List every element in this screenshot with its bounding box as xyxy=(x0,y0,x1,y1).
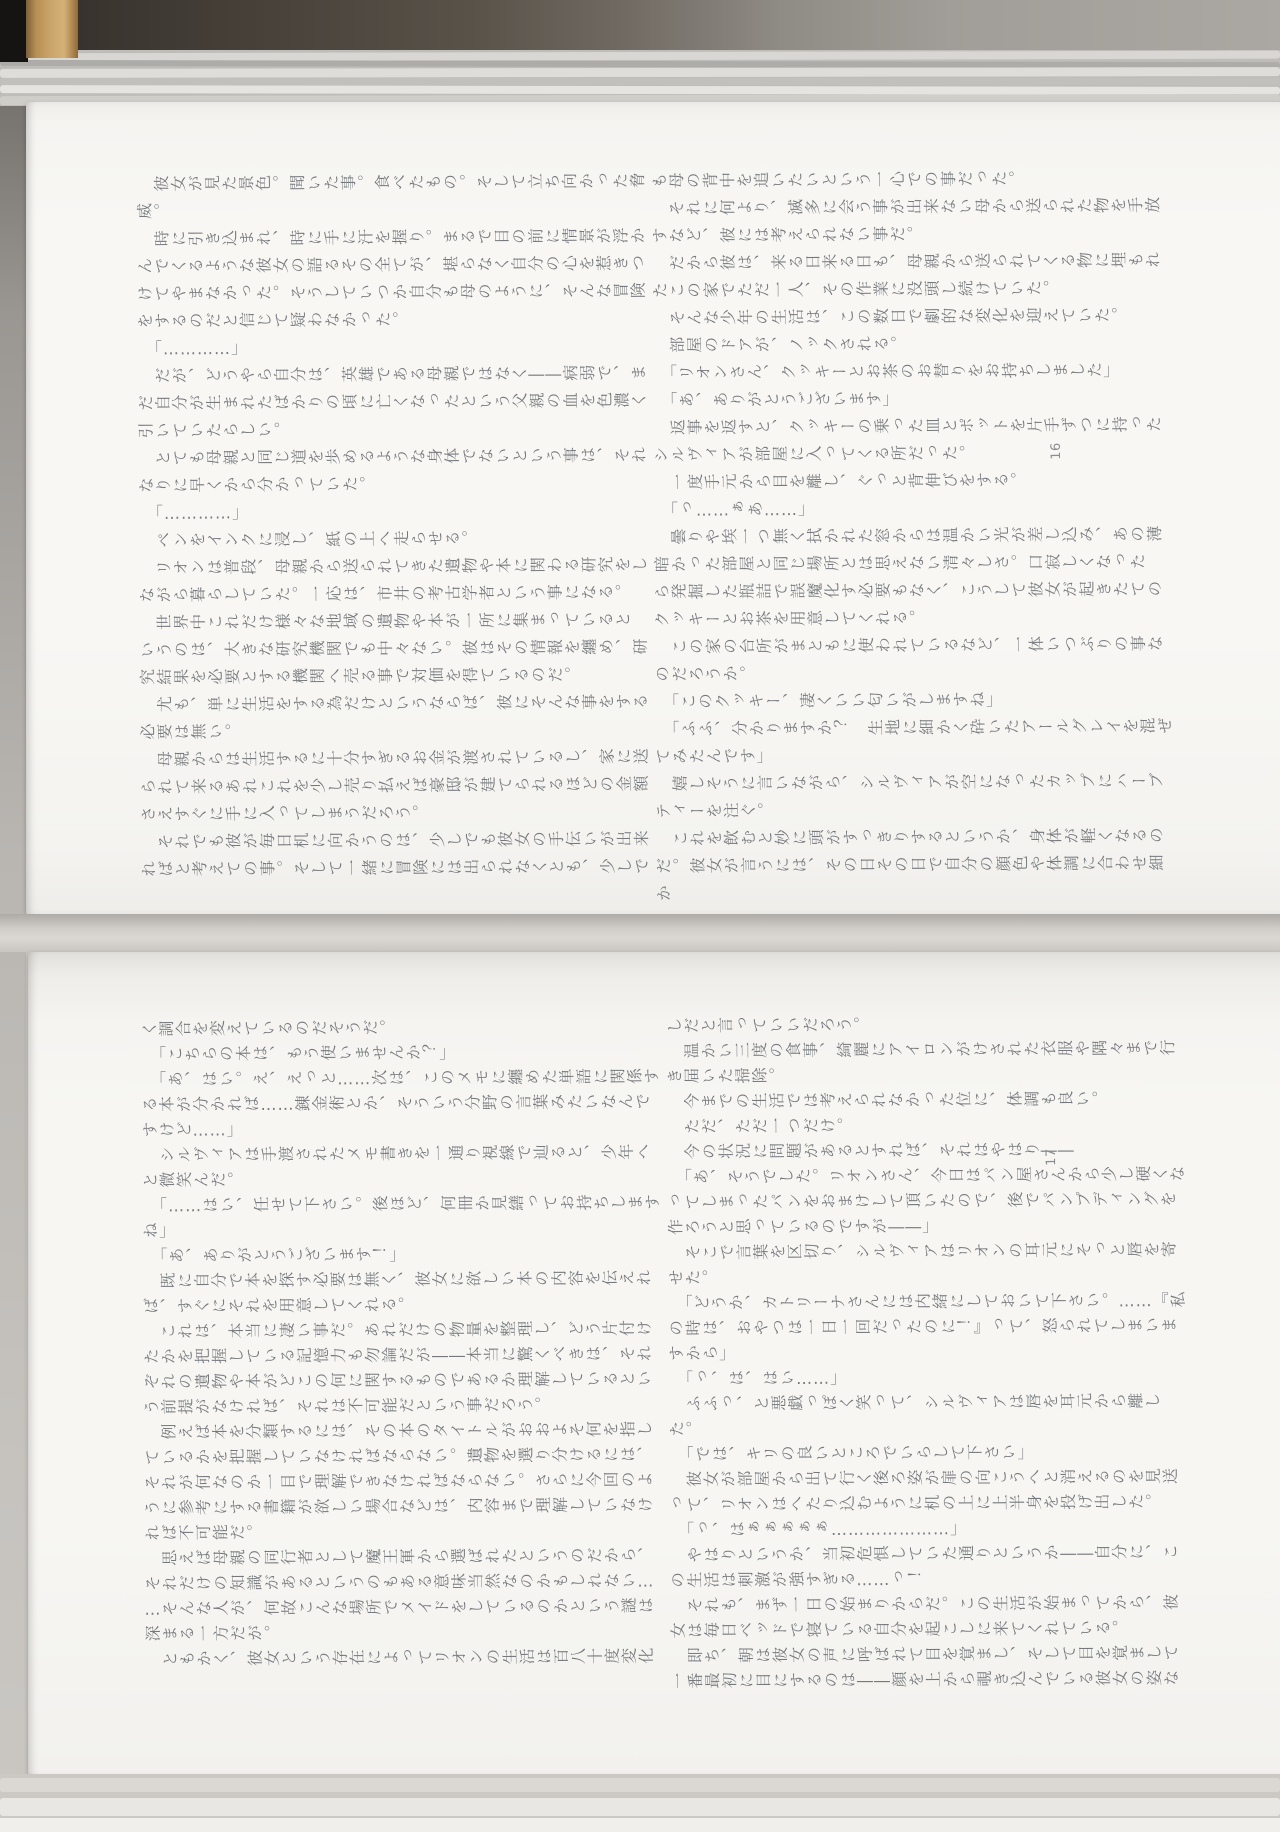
text-line: ら発掘した瓶詰で誤魔化す必要もなく、こうして彼女が起きたての xyxy=(653,576,1173,607)
text-line: これを飲むと妙に頭がすっきりするというか、身体が軽くなるの xyxy=(655,823,1175,854)
page-16-upper-text-block: 彼女が見た景色。聞いた事。食べたもの。そして立ち向かった脅威。 時に引き込まれ、… xyxy=(136,168,660,885)
text-line: ながら暮らしていた。一応は、市井の考古学者という事になる。 xyxy=(138,579,658,610)
text-line: 「どうか、カトリーナさんには内緒にしておいて下さい。……『私 xyxy=(668,1288,1188,1316)
text-line: ともかく、彼女という存在によってリオンの生活は百八十度変化 xyxy=(145,1644,665,1672)
text-line: 女は毎日ベッドで寝ている自分を起こしに来てくれている。 xyxy=(670,1616,1190,1644)
text-line: 返事を返すと、クッキーの乗った皿とポットを片手ずつに持った xyxy=(652,411,1172,442)
page-gap-shadow xyxy=(0,914,1280,952)
text-line: ているかを把握していなければならない。遺物を選り分けるには、 xyxy=(143,1442,663,1470)
text-line: 「あ、そうでした。リオンさん、今日はパン屋さんから少し硬くな xyxy=(667,1162,1187,1190)
text-line: と微笑んだ。 xyxy=(142,1165,662,1193)
text-line: だ自分が生まれたばかりの頃に亡くなったという父親の血を色濃く xyxy=(137,387,657,418)
text-line: 「こちらの本は、もう使いませんか？」 xyxy=(141,1039,661,1067)
text-line: る本が分かれば……錬金術とか、そういう分野の言葉みたいなんで xyxy=(141,1090,661,1118)
text-line: ふふっ、と悪戯っぽく笑って、シルヴィアは唇を耳元から離した。 xyxy=(668,1389,1188,1443)
text-line: クッキーとお茶を用意してくれる。 xyxy=(654,603,1174,634)
text-line: 「では、キリの良いところでいらして下さい」 xyxy=(668,1439,1188,1467)
text-line: をするのだと信じて疑わなかった。 xyxy=(137,305,657,336)
text-line: だが、どうやら自分は、英雄である母親ではなく――病弱で、ま xyxy=(137,360,657,391)
page-edge-leaves xyxy=(0,50,1280,106)
page-edge-leaf xyxy=(0,78,1280,85)
text-line: 彼女が見た景色。聞いた事。食べたもの。そして立ち向かった脅 xyxy=(136,168,656,199)
text-line: うに参考にする書籍が欲しい場合などは、内容まで理解していなけ xyxy=(144,1493,664,1521)
book-scan: 彼女が見た景色。聞いた事。食べたもの。そして立ち向かった脅威。 時に引き込まれ、… xyxy=(0,0,1280,1832)
text-line: 「あ、はい。え、えっと……次は、このメモに纏めた単語に関係す xyxy=(141,1064,661,1092)
text-line: 威。 xyxy=(136,195,656,226)
text-line: の生活は刺激が強すぎる……っ！ xyxy=(669,1565,1189,1593)
text-line: それが何なのか一目で理解できなければならない。さらに今回のよ xyxy=(144,1468,664,1496)
text-line: だ。彼女が言うには、その日その日で自分の顔色や体調に合わせ細か xyxy=(655,850,1175,908)
page-16-lower-text-block: も母の背中を追いたいという一心での事だった。 それに何より、滅多に会う事が出来な… xyxy=(651,165,1175,882)
text-line: ペンをインクに浸し、紙の上へ走らせる。 xyxy=(138,524,658,555)
text-line: …そんな人が、何故こんな場所でメイドをしているのかという謎は xyxy=(144,1594,664,1622)
page-number-16: 16 xyxy=(1049,442,1064,460)
page-17-content: く調合を変えているのだそうだ。 「こちらの本は、もう使いませんか？」 「あ、はい… xyxy=(26,948,1280,1778)
text-line: れば不可能だ。 xyxy=(144,1518,664,1546)
text-line: 例えば本を分類するには、その本のタイトルがおおよそ何を指し xyxy=(143,1417,663,1445)
text-line: 即ち、朝は彼女の声に呼ばれて目を覚まし、そして目を覚まして xyxy=(670,1641,1190,1669)
text-line: それでも彼が毎日机に向かうのは、少しでも彼女の手伝いが出来 xyxy=(140,826,660,857)
page-edge-leaf xyxy=(0,67,1280,78)
text-line: 「っ、はぁぁぁぁぁ…………………」 xyxy=(669,1515,1189,1543)
text-line: なりに早くから分かっていた。 xyxy=(138,469,658,500)
page-17-upper-text-block: く調合を変えているのだそうだ。 「こちらの本は、もう使いませんか？」 「あ、はい… xyxy=(141,1014,665,1673)
text-line: それも、まず一日の始まりからだ。この生活が始まってから、彼 xyxy=(669,1590,1189,1618)
book-page-16: 彼女が見た景色。聞いた事。食べたもの。そして立ち向かった脅威。 時に引き込まれ、… xyxy=(26,102,1280,914)
text-line: 「ふふ、分かりますか？ 生地に細かく砕いたアールグレイを混ぜ xyxy=(654,713,1174,744)
text-line: く調合を変えているのだそうだ。 xyxy=(141,1014,661,1042)
page-edge-leaf xyxy=(0,1778,1280,1792)
text-line: ぞれの遺物や本がどこの何に関するものであるか理解しているとい xyxy=(143,1367,663,1395)
text-line: とても母親と同じ道を歩めるような身体でないという事は、それ xyxy=(138,442,658,473)
page-number-17: 17 xyxy=(1044,1148,1059,1166)
text-line: しだと言っていいだろう。 xyxy=(666,1011,1186,1039)
text-line: 作ろうと思っているのですが――」 xyxy=(667,1212,1187,1240)
text-line: ればと考えての事。そして一緒に冒険には出られなくとも、少しで xyxy=(140,853,660,884)
text-line: せた。 xyxy=(667,1263,1187,1291)
text-line: のだろうか。 xyxy=(654,658,1174,689)
text-line: の時は、おやつは一日一回だったのに！』って、怒られてしまいま xyxy=(668,1313,1188,1341)
text-line: 究結果を必要とする機関へ売る事で対価を得ているのだ。 xyxy=(139,661,659,692)
text-line: 今の状況に問題があるとすれば、それはやはり―― xyxy=(667,1137,1187,1165)
text-line: 「っ、は、はい……」 xyxy=(668,1364,1188,1392)
page-edge-leaf xyxy=(0,1818,1280,1832)
text-line: これは、本当に凄い事だ。あれだけの物量を整理し、どう片付け xyxy=(143,1316,663,1344)
text-line: 既に自分で本を探す必要は無く、彼女に欲しい本の内容を伝えれ xyxy=(142,1266,662,1294)
text-line: 彼女が部屋から出て行く後ろ姿が扉の向こうへと消えるのを見送 xyxy=(669,1464,1189,1492)
text-line: ってしまったパンをおまけして頂いたので、後でパンプディングを xyxy=(667,1187,1187,1215)
text-line: き届いた掃除。 xyxy=(666,1061,1186,1089)
text-line: 思えば母親の同行者として魔王軍から選ばれたというのだから、 xyxy=(144,1543,664,1571)
scan-corner-dark xyxy=(0,0,28,62)
text-line: 曇りや埃一つ無く拭かれた窓からは温かい光が差し込み、あの薄 xyxy=(653,521,1173,552)
book-page-17: く調合を変えているのだそうだ。 「こちらの本は、もう使いませんか？」 「あ、はい… xyxy=(28,952,1280,1774)
text-line: 一番最初に目にするのは――顔を上から覗き込んでいる彼女の姿な xyxy=(670,1666,1190,1694)
text-line: 尤も、単に生活をする為だけというならば、彼にそんな事をする xyxy=(139,689,659,720)
text-line: 「リオンさん、クッキーとお茶のお替りをお持ちしました」 xyxy=(652,357,1172,388)
text-line: ば、すぐにそれを用意してくれる。 xyxy=(143,1291,663,1319)
book-top-edge-dark xyxy=(0,0,1280,54)
text-line: それに何より、滅多に会う事が出来ない母から送られた物を手放 xyxy=(651,192,1171,223)
text-line: 暗かった部屋と同じ場所とは思えない清々しさ。口寂しくなった xyxy=(653,549,1173,580)
book-cover-edge xyxy=(26,0,78,58)
text-line: いうのは、大きな研究機関でも中々ない。彼はその情報を纏め、研 xyxy=(139,634,659,665)
text-line: 温かい三度の食事、綺麗にアイロンがけされた衣服や隅々まで行 xyxy=(666,1036,1186,1064)
text-line: すなど、彼には考えられない事だ。 xyxy=(651,220,1171,251)
text-line: 深まる一方だが。 xyxy=(145,1619,665,1647)
text-line: 母親からは生活するに十分すぎるお金が渡されているし、家に送 xyxy=(139,743,659,774)
text-line: そんな少年の生活は、この数日で劇的な変化を迎えていた。 xyxy=(652,302,1172,333)
text-line: てみたんです」 xyxy=(654,740,1174,771)
text-line: 「あ、ありがとうございます！」 xyxy=(142,1241,662,1269)
text-line: 「…………」 xyxy=(138,497,658,528)
text-line: って、リオンはへたり込むように机の上に上半身を投げ出した。 xyxy=(669,1490,1189,1518)
text-line: 世界中これだけ様々な地域の遺物や本が一所に集まっていると xyxy=(139,606,659,637)
text-line: も母の背中を追いたいという一心での事だった。 xyxy=(651,165,1171,196)
text-line: リオンは普段、母親から送られてきた遺物や本に関わる研究をし xyxy=(138,552,658,583)
text-line: ね」 xyxy=(142,1216,662,1244)
text-line: 一度手元から目を離し、ぐっと背伸びをする。 xyxy=(653,466,1173,497)
text-line: だから彼は、来る日来る日も、母親から送られてくる物に埋もれ xyxy=(651,247,1171,278)
text-line: それだけの知識があるというのもある意味当然なのかもしれない… xyxy=(144,1568,664,1596)
text-line: ティーを注ぐ。 xyxy=(655,795,1175,826)
text-line: たこの家でただ一人、その作業に没頭し続けていた。 xyxy=(652,274,1172,305)
text-line: けてやまなかった。そうしていつか自分も母のように、そんな冒険 xyxy=(137,278,657,309)
text-line: 時に引き込まれ、時に手に汗を握り。まるで目の前に情景が浮か xyxy=(136,223,656,254)
text-line: 「……はい、任せて下さい。後ほど、何冊か見繕ってお持ちします xyxy=(142,1190,662,1218)
text-line: 「っ……ぁあ……」 xyxy=(653,494,1173,525)
text-line: 「あ、ありがとうございます」 xyxy=(652,384,1172,415)
page-17-lower-text-block: しだと言っていいだろう。 温かい三度の食事、綺麗にアイロンがけされた衣服や隅々ま… xyxy=(666,1011,1190,1670)
text-line: すけど……」 xyxy=(141,1115,661,1143)
text-line: さえすぐに手に入ってしまうだろう。 xyxy=(140,798,660,829)
text-line: この家の台所がまともに使われているなど、一体いつぶりの事な xyxy=(654,631,1174,662)
text-line: たかを把握している記憶力も勿論だが――本当に驚くべきは、それ xyxy=(143,1342,663,1370)
text-line: う前提がなければ、それは不可能だという事だろう。 xyxy=(143,1392,663,1420)
text-line: 「…………」 xyxy=(137,332,657,363)
text-line: 部屋のドアが、ノックされる。 xyxy=(652,329,1172,360)
text-line: 引いていたらしい。 xyxy=(137,415,657,446)
text-line: 「このクッキー、凄くいい匂いがしますね」 xyxy=(654,686,1174,717)
text-line: られて来るあれこれを少し売り払えば豪邸が建てられるほどの金額 xyxy=(140,771,660,802)
page-edge-leaf xyxy=(0,1798,1280,1816)
text-line: そこで言葉を区切り、シルヴィアはリオンの耳元にそっと唇を寄 xyxy=(667,1238,1187,1266)
text-line: すから」 xyxy=(668,1338,1188,1366)
text-line: 嬉しそうに言いながら、シルヴィアが空になったカップにハーブ xyxy=(655,768,1175,799)
text-line: んでくるような彼女の語るその全てが、堪らなく自分の心を惹きつ xyxy=(136,250,656,281)
text-line: シルヴィアは手渡されたメモ書きを一通り視線で辿ると、少年へ xyxy=(142,1140,662,1168)
text-line: 必要は無い。 xyxy=(139,716,659,747)
page-16-content: 彼女が見た景色。聞いた事。食べたもの。そして立ち向かった脅威。 時に引き込まれ、… xyxy=(24,98,1280,918)
bottom-page-edges xyxy=(0,1774,1280,1832)
text-line: やはりというか、当初危惧していた通りというか――自分に、こ xyxy=(669,1540,1189,1568)
text-line: シルヴィアが部屋に入ってくる所だった。 xyxy=(653,439,1173,470)
text-line: 今までの生活では考えられなかった位に、体調も良い。 xyxy=(666,1086,1186,1114)
text-line: ただ、ただ一つだけ。 xyxy=(666,1112,1186,1140)
